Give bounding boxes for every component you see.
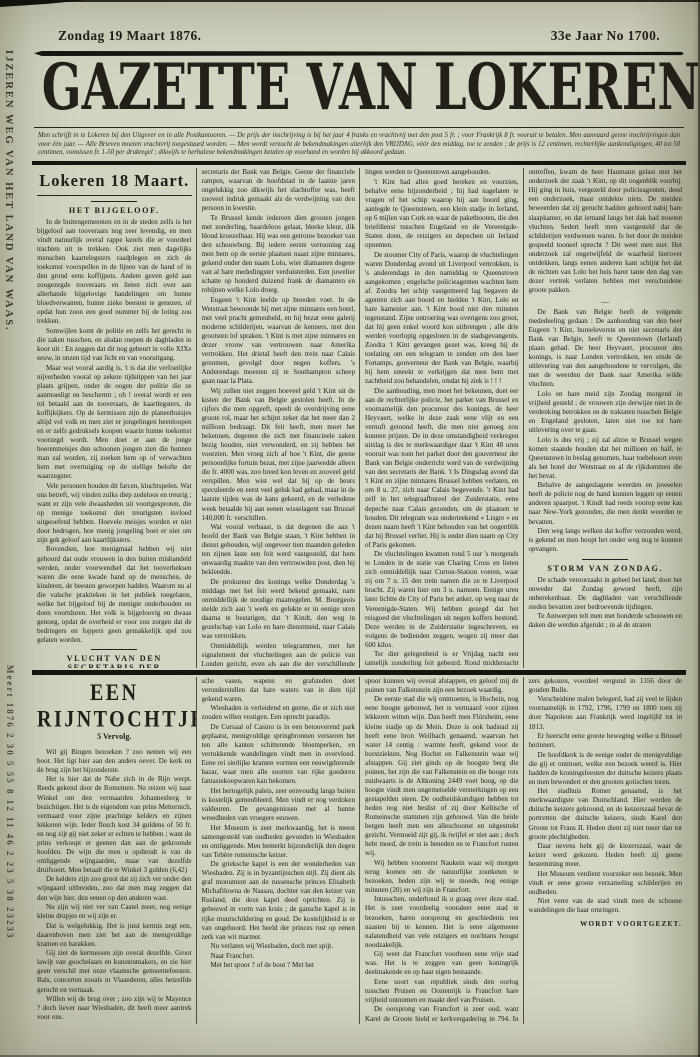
- news-column-4: ontreffen, kwam de heer Haumann gelast m…: [523, 168, 687, 668]
- article-paragraph: De Cursaal of Casino is in een betoovere…: [202, 723, 356, 786]
- section-heading: VLUCHT VAN DEN SECRETARIS DER BANK VAN B…: [37, 654, 192, 668]
- article-paragraph: Bovendien, hoe menigmaal hebben wij niet…: [37, 545, 192, 645]
- article-paragraph: Gij ziet de kermessen zijn overal dezelf…: [37, 949, 192, 994]
- article-paragraph: 't Kint had alles goed bereken en voorzi…: [365, 178, 519, 250]
- separator-dash: —: [529, 297, 683, 306]
- masthead: GAZETTE VAN LOKEREN.: [32, 57, 686, 123]
- article-paragraph: De vluchtelingen kwamen rond 5 uur 's mo…: [365, 550, 519, 650]
- feuilleton-section: EEN RIJNTOCHTJE.5 Vervolg.Wil gij Bingen…: [32, 677, 686, 1024]
- separator-rule: [582, 559, 628, 560]
- article-paragraph: De Bank van Belgie heeft de volgende med…: [529, 308, 683, 389]
- dateline-heading: Lokeren 18 Maart.: [37, 169, 192, 196]
- article-paragraph: lingen werden te Queenstown aangehouden.: [365, 168, 519, 177]
- content-top-rule: [32, 161, 686, 166]
- news-column-1: Lokeren 18 Maart.HET BIJGELOOF.In de bui…: [32, 168, 196, 668]
- article-paragraph: Onmiddellijk werden telegrammen, met het…: [202, 642, 356, 669]
- article-paragraph: Nu verlaten wij Wiesbaden, doch met spij…: [202, 942, 356, 951]
- article-paragraph: Wij hebben vooreerst Naukein waar wij mo…: [365, 859, 519, 895]
- article-paragraph: Te Brussel kende iedereen dien grooten j…: [202, 214, 356, 295]
- feuilleton-column-3: spoor kunnen wij overal afstappen, en ge…: [359, 677, 523, 1024]
- separator-rule: [91, 649, 137, 650]
- article-paragraph: Naar Francfort.: [202, 952, 356, 961]
- article-paragraph: Verscheidene malen belegerd, had zij vee…: [529, 695, 683, 731]
- section-divider-bar: [32, 670, 686, 675]
- margin-railway-label: IJZEREN WEG VAN HET LAND VAN WAAS.: [3, 50, 14, 332]
- article-paragraph: Er heerscht eene groote beweging welke u…: [529, 732, 683, 750]
- margin-timetable-numbers: Meert 1876 2 30 5 55 8 12 11 46 2 23 5 3…: [5, 665, 15, 939]
- article-paragraph: Wil gij Bingen bezoeken ? zoo nemen wij …: [37, 748, 192, 775]
- page-content: Zondag 19 Maart 1876. 33e Jaar No 1700. …: [26, 0, 694, 1057]
- article-paragraph: Het Museum verdient voorzeker een bezoek…: [529, 870, 683, 897]
- continuation-notice: WORDT VOORTGEZET.: [529, 920, 683, 928]
- article-paragraph: De prokureur des konings welke Donderdag…: [202, 578, 356, 641]
- separator-rule: [91, 201, 137, 202]
- article-paragraph: In de buitengemeenten en in de steden ze…: [37, 218, 192, 327]
- article-paragraph: Eugeen 't Kint leefde op breeden voet. I…: [202, 296, 356, 386]
- news-section: Lokeren 18 Maart.HET BIJGELOOF.In de bui…: [32, 168, 686, 668]
- article-paragraph: De eerste stad die wij ontmoeten, is Hoc…: [365, 695, 519, 858]
- article-paragraph: Niet verre van de stad vindt men de scho…: [529, 897, 683, 915]
- article-paragraph: Eene soort van republiek sinds den oorlo…: [365, 978, 519, 1005]
- article-paragraph: Lolo en hare meid zijn Zondag morgend in…: [529, 390, 683, 435]
- news-column-2: secretaris der Bank van Belgie. Geene de…: [196, 168, 360, 668]
- feuilleton-column-1: EEN RIJNTOCHTJE.5 Vervolg.Wil gij Bingen…: [32, 677, 196, 1024]
- article-paragraph: Het hertogelijk paleis, zeer eenvoudig l…: [202, 787, 356, 823]
- article-paragraph: Wiesbaden is verleidend en geene, die er…: [202, 704, 356, 722]
- article-paragraph: Willen wij de brug over ; zoo zijn wij t…: [37, 995, 192, 1022]
- section-heading: HET BIJGELOOF.: [37, 206, 192, 215]
- article-paragraph: De kelders zijn zoo groot dat zij zich v…: [37, 875, 192, 902]
- article-paragraph: Die aanhouding, men moet het bekennen, d…: [365, 387, 519, 550]
- article-paragraph: Vele personen houden dit farcen, kluchts…: [37, 482, 192, 545]
- issue-date: Zondag 19 Maart 1876.: [58, 28, 201, 44]
- article-paragraph: Maar wat vooral aardig is, 't is dat die…: [37, 364, 192, 482]
- article-paragraph: Wat vooral verbaast, is dat degenen die …: [202, 523, 356, 577]
- article-paragraph: Den weg langs welken dat koffer verzonde…: [529, 527, 683, 554]
- article-paragraph: Lolo is dus vrij ; zij zal alzoo te Brus…: [529, 436, 683, 481]
- article-paragraph: Gij weet dat Francfort voorheen eene vri…: [365, 950, 519, 977]
- article-paragraph: De grieksche kapel is een der wonderhede…: [202, 860, 356, 941]
- article-paragraph: ontreffen, kwam de heer Haumann gelast m…: [529, 168, 683, 295]
- masthead-title: GAZETTE VAN LOKEREN.: [42, 44, 676, 131]
- article-paragraph: spoor kunnen wij overal afstappen, en ge…: [365, 677, 519, 695]
- article-paragraph: De hoofdkerk is de eenige onder de menig…: [529, 751, 683, 787]
- article-paragraph: Somwijlen komt de politie en zelfs het g…: [37, 327, 192, 363]
- article-paragraph: De stoomer City of Paris, waarop de vluc…: [365, 251, 519, 387]
- article-paragraph: Ter dier gelegenheid is er Vrijdag nacht…: [365, 650, 519, 668]
- article-paragraph: sche vasen, wapens en grafsteden doet ve…: [202, 677, 356, 704]
- article-paragraph: Te Antwerpen telt men met honderde schou…: [529, 612, 683, 630]
- article-paragraph: Intusschen, onderhoud ik u graag over de…: [365, 895, 519, 949]
- feuilleton-column-2: sche vasen, wapens en grafsteden doet ve…: [196, 677, 360, 1024]
- article-paragraph: Het Museum is zeer merkwaardig, het is m…: [202, 824, 356, 860]
- feuilleton-column-4: zers gekozen, voordeel vergund in 1356 d…: [523, 677, 687, 1024]
- article-paragraph: Wij zullen niet zeggen hoeveel geld 't K…: [202, 387, 356, 523]
- article-paragraph: Daar nevens hebt gij de kiezerszaal, waa…: [529, 842, 683, 869]
- subscription-notice: Men schrijft in te Lokeren bij den Uitge…: [38, 132, 680, 158]
- article-paragraph: Nu zijn wij niet ver van Castel meer, no…: [37, 903, 192, 921]
- article-paragraph: Wiesbaden aan den voet van den Taunusber…: [37, 1023, 192, 1024]
- article-paragraph: Behalve de aangeslagene weerden en juwee…: [529, 481, 683, 526]
- left-margin: IJZEREN WEG VAN HET LAND VAN WAAS. Meert…: [0, 0, 26, 1057]
- article-title: EEN RIJNTOCHTJE.: [37, 680, 192, 733]
- article-paragraph: zers gekozen, voordeel vergund in 1356 d…: [529, 677, 683, 695]
- article-paragraph: Het is hier dat de Nahe zich in de Rijn …: [37, 775, 192, 875]
- article-paragraph: Dat is welgelukkig. Het is juist kermis …: [37, 922, 192, 949]
- section-heading: STORM VAN ZONDAG.: [529, 564, 683, 573]
- article-paragraph: De schade veroorzaakt in geheel het land…: [529, 576, 683, 612]
- article-paragraph: Met het spoor ? of de boot ? Met het: [202, 961, 356, 970]
- article-paragraph: De oorsprong van Francfort is zeer oud, …: [365, 1005, 519, 1023]
- newspaper-page: IJZEREN WEG VAN HET LAND VAN WAAS. Meert…: [0, 0, 700, 1057]
- page-header: Zondag 19 Maart 1876. 33e Jaar No 1700.: [32, 0, 686, 44]
- article-paragraph: Het stadhuis Romer genaamd, is het merkw…: [529, 787, 683, 841]
- news-column-3: lingen werden te Queenstown aangehouden.…: [359, 168, 523, 668]
- issue-number: 33e Jaar No 1700.: [551, 28, 660, 44]
- article-paragraph: secretaris der Bank van Belgie. Geene de…: [202, 168, 356, 213]
